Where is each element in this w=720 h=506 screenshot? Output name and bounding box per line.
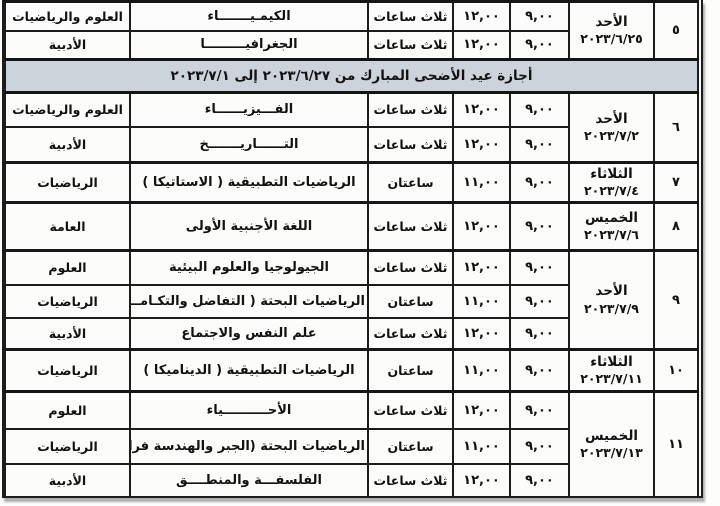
- day-name: الثلاثاء: [572, 165, 651, 183]
- track-cell: الرياضيات: [5, 163, 130, 203]
- duration-cell: ثلاث ساعات: [368, 251, 453, 285]
- duration-cell: ثلاث ساعات: [368, 2, 453, 31]
- table-row: ٧ الثلاثاء ٢٠٢٣/٧/٤ ٩,٠٠ ١١,٠٠ ساعتان ال…: [5, 163, 698, 203]
- table-row: ٦ الأحد ٢٠٢٣/٧/٢ ٩,٠٠ ١٢,٠٠ ثلاث ساعات ا…: [5, 93, 698, 127]
- scanned-exam-schedule: ٥ الأحد ٢٠٢٣/٦/٢٥ ٩,٠٠ ١٢,٠٠ ثلاث ساعات …: [2, 0, 703, 501]
- start-time-cell: ٩,٠٠: [510, 464, 569, 497]
- duration-cell: ثلاث ساعات: [368, 203, 453, 251]
- track-cell: الرياضيات: [5, 285, 130, 318]
- track-cell: الأدبية: [5, 127, 130, 163]
- day-name: الأحد: [572, 110, 651, 128]
- serial-cell: ١٠: [654, 350, 698, 392]
- serial-cell: ٦: [654, 93, 698, 163]
- track-cell: الرياضيات: [5, 429, 130, 464]
- subject-cell: الرياضيات التطبيقية ( الديناميكا ): [130, 350, 368, 392]
- start-time-cell: ٩,٠٠: [510, 93, 569, 127]
- day-cell: الثلاثاء ٢٠٢٣/٧/١١: [569, 350, 654, 392]
- track-cell: العلوم والرياضيات: [5, 93, 130, 127]
- duration-cell: ساعتان: [368, 163, 453, 203]
- start-time-cell: ٩,٠٠: [510, 251, 569, 285]
- subject-cell: الرياضيات البحتة ( التفاضل والتكـامــل ): [130, 285, 368, 318]
- end-time-cell: ١٢,٠٠: [453, 31, 510, 60]
- end-time-cell: ١٢,٠٠: [453, 318, 510, 350]
- end-time-cell: ١٢,٠٠: [453, 251, 510, 285]
- end-time-cell: ١٢,٠٠: [453, 93, 510, 127]
- start-time-cell: ٩,٠٠: [510, 2, 569, 31]
- day-name: الخميس: [572, 427, 651, 445]
- day-date: ٢٠٢٣/٧/١١: [572, 371, 651, 388]
- end-time-cell: ١٢,٠٠: [453, 2, 510, 31]
- table-row: ١١ الخميس ٢٠٢٣/٧/١٣ ٩,٠٠ ١٢,٠٠ ثلاث ساعا…: [5, 392, 698, 429]
- start-time-cell: ٩,٠٠: [510, 350, 569, 392]
- day-name: الأحد: [572, 13, 651, 31]
- holiday-banner: أجازة عيد الأضحى المبارك من ٢٠٢٣/٦/٢٧ إل…: [5, 60, 698, 93]
- day-name: الثلاثاء: [572, 353, 651, 371]
- subject-cell: الفـــيزيــــــاء: [130, 93, 368, 127]
- day-date: ٢٠٢٣/٧/٩: [572, 301, 651, 318]
- duration-cell: ساعتان: [368, 350, 453, 392]
- serial-cell: ١١: [654, 392, 698, 497]
- end-time-cell: ١٢,٠٠: [453, 203, 510, 251]
- serial-cell: ٩: [654, 251, 698, 350]
- start-time-cell: ٩,٠٠: [510, 127, 569, 163]
- day-date: ٢٠٢٣/٦/٢٥: [572, 31, 651, 48]
- day-date: ٢٠٢٣/٧/٢: [572, 128, 651, 145]
- day-name: الخميس: [572, 209, 651, 227]
- duration-cell: ثلاث ساعات: [368, 318, 453, 350]
- duration-cell: ثلاث ساعات: [368, 93, 453, 127]
- end-time-cell: ١٢,٠٠: [453, 127, 510, 163]
- duration-cell: ثلاث ساعات: [368, 392, 453, 429]
- duration-cell: ثلاث ساعات: [368, 127, 453, 163]
- start-time-cell: ٩,٠٠: [510, 285, 569, 318]
- day-cell: الأحد ٢٠٢٣/٧/٩: [569, 251, 654, 350]
- track-cell: الأدبية: [5, 318, 130, 350]
- subject-cell: الأحــــــــــياء: [130, 392, 368, 429]
- duration-cell: ثلاث ساعات: [368, 31, 453, 60]
- end-time-cell: ١١,٠٠: [453, 350, 510, 392]
- subject-cell: الرياضيات التطبيقية ( الاستاتيكا ): [130, 163, 368, 203]
- track-cell: الأدبية: [5, 464, 130, 497]
- end-time-cell: ١٢,٠٠: [453, 464, 510, 497]
- subject-cell: التــــــاريـــــــخ: [130, 127, 368, 163]
- subject-cell: الجيولوجيا والعلوم البيئية: [130, 251, 368, 285]
- duration-cell: ساعتان: [368, 429, 453, 464]
- track-cell: الأدبية: [5, 31, 130, 60]
- serial-cell: ٨: [654, 203, 698, 251]
- start-time-cell: ٩,٠٠: [510, 203, 569, 251]
- table-row: ٨ الخميس ٢٠٢٣/٧/٦ ٩,٠٠ ١٢,٠٠ ثلاث ساعات …: [5, 203, 698, 251]
- start-time-cell: ٩,٠٠: [510, 392, 569, 429]
- subject-cell: الجغرافيـــــــــا: [130, 31, 368, 60]
- subject-cell: اللغة الأجنبية الأولى: [130, 203, 368, 251]
- track-cell: العلوم والرياضيات: [5, 2, 130, 31]
- day-date: ٢٠٢٣/٧/٤: [572, 183, 651, 200]
- subject-cell: الرياضيات البحتة (الجبر والهندسة فراغية): [130, 429, 368, 464]
- table-row: ٥ الأحد ٢٠٢٣/٦/٢٥ ٩,٠٠ ١٢,٠٠ ثلاث ساعات …: [5, 2, 698, 31]
- day-date: ٢٠٢٣/٧/٦: [572, 227, 651, 244]
- track-cell: الرياضيات: [5, 350, 130, 392]
- serial-cell: ٧: [654, 163, 698, 203]
- subject-cell: علم النفس والاجتماع: [130, 318, 368, 350]
- start-time-cell: ٩,٠٠: [510, 318, 569, 350]
- subject-cell: الفلسفـــة والمنطــــق: [130, 464, 368, 497]
- day-date: ٢٠٢٣/٧/١٣: [572, 445, 651, 462]
- end-time-cell: ١١,٠٠: [453, 163, 510, 203]
- end-time-cell: ١١,٠٠: [453, 285, 510, 318]
- serial-cell: ٥: [654, 2, 698, 60]
- table-row: ٩ الأحد ٢٠٢٣/٧/٩ ٩,٠٠ ١٢,٠٠ ثلاث ساعات ا…: [5, 251, 698, 285]
- start-time-cell: ٩,٠٠: [510, 31, 569, 60]
- track-cell: العلوم: [5, 251, 130, 285]
- start-time-cell: ٩,٠٠: [510, 429, 569, 464]
- subject-cell: الكيمـيـــــــاء: [130, 2, 368, 31]
- holiday-banner-row: أجازة عيد الأضحى المبارك من ٢٠٢٣/٦/٢٧ إل…: [5, 60, 698, 93]
- start-time-cell: ٩,٠٠: [510, 163, 569, 203]
- day-cell: الأحد ٢٠٢٣/٦/٢٥: [569, 2, 654, 60]
- track-cell: العامة: [5, 203, 130, 251]
- table-row: ١٠ الثلاثاء ٢٠٢٣/٧/١١ ٩,٠٠ ١١,٠٠ ساعتان …: [5, 350, 698, 392]
- day-cell: الخميس ٢٠٢٣/٧/٦: [569, 203, 654, 251]
- day-cell: الثلاثاء ٢٠٢٣/٧/٤: [569, 163, 654, 203]
- duration-cell: ساعتان: [368, 285, 453, 318]
- day-cell: الخميس ٢٠٢٣/٧/١٣: [569, 392, 654, 497]
- duration-cell: ثلاث ساعات: [368, 464, 453, 497]
- track-cell: العلوم: [5, 392, 130, 429]
- exam-schedule-table: ٥ الأحد ٢٠٢٣/٦/٢٥ ٩,٠٠ ١٢,٠٠ ثلاث ساعات …: [4, 0, 699, 498]
- day-cell: الأحد ٢٠٢٣/٧/٢: [569, 93, 654, 163]
- end-time-cell: ١١,٠٠: [453, 429, 510, 464]
- end-time-cell: ١٢,٠٠: [453, 392, 510, 429]
- day-name: الأحد: [572, 282, 651, 300]
- table-outer-border: ٥ الأحد ٢٠٢٣/٦/٢٥ ٩,٠٠ ١٢,٠٠ ثلاث ساعات …: [2, 0, 703, 498]
